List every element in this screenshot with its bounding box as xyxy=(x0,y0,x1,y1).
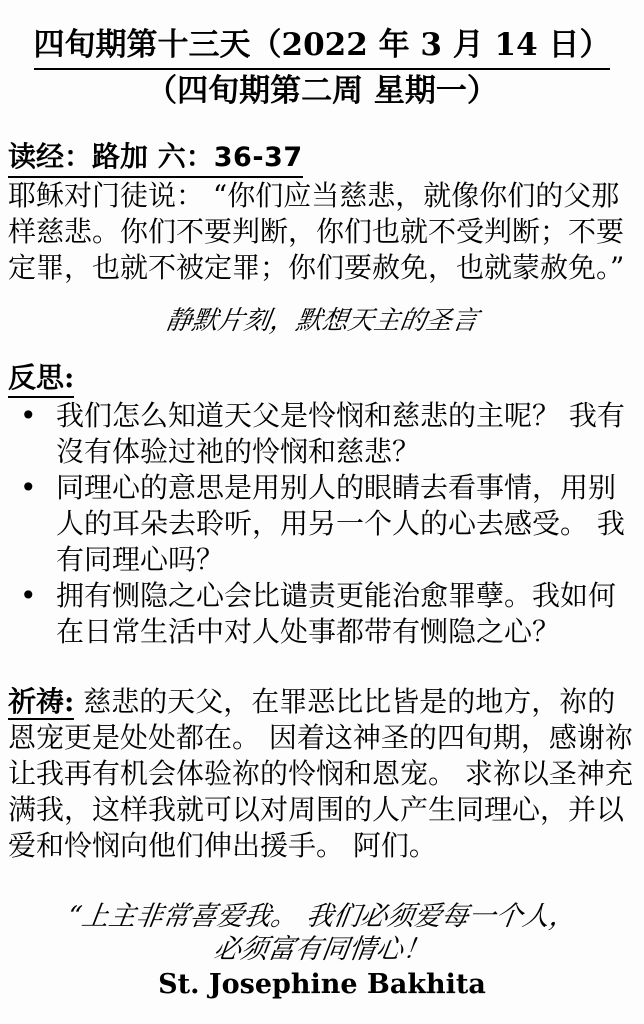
quote-attribution: St. Josephine Bakhita xyxy=(8,969,636,1001)
title-line-2: （四旬期第二周 星期一） xyxy=(8,70,636,113)
meditation-line: 静默片刻，默想天主的圣言 xyxy=(8,304,636,338)
prayer-label: 祈祷: xyxy=(8,685,74,720)
prayer-text: 慈悲的天父，在罪恶比比皆是的地方，祢的恩宠更是处处都在。 因着这神圣的四旬期，感… xyxy=(8,685,633,862)
bullet-icon: • xyxy=(20,398,37,434)
reflection-bullet-list: •我们怎么知道天父是怜悯和慈悲的主呢？ 我有沒有体验过祂的怜悯和慈悲？ •同理心… xyxy=(8,398,636,650)
quote-line-1: “上主非常喜爱我。 我们必须爱每一个人， xyxy=(8,900,636,933)
reflection-bullet-3: •拥有恻隐之心会比谴责更能治愈罪孽。我如何在日常生活中对人处事都带有恻隐之心？ xyxy=(8,578,636,650)
closing-quote: “上主非常喜爱我。 我们必须爱每一个人， 必须富有同情心！ xyxy=(8,900,636,966)
reflection-heading: 反思: xyxy=(8,360,636,398)
reading-heading-verses: 36-37 xyxy=(214,142,303,173)
reflection-bullet-1: •我们怎么知道天父是怜悯和慈悲的主呢？ 我有沒有体验过祂的怜悯和慈悲？ xyxy=(8,398,636,470)
reading-heading: 读经：路加 六：36-37 xyxy=(8,139,636,178)
reading-heading-cn: 读经：路加 六： xyxy=(8,140,214,173)
reflection-bullet-2-text: 同理心的意思是用别人的眼睛去看事情，用别人的耳朵去聆听，用另一个人的心去感受。 … xyxy=(56,471,625,576)
bullet-icon: • xyxy=(20,578,37,614)
bullet-icon: • xyxy=(20,470,37,506)
devotional-page: 四旬期第十三天（2022 年 3 月 14 日） （四旬期第二周 星期一） 读经… xyxy=(0,0,644,1024)
title-line-1: 四旬期第十三天（2022 年 3 月 14 日） xyxy=(8,24,636,70)
reflection-bullet-3-text: 拥有恻隐之心会比谴责更能治愈罪孽。我如何在日常生活中对人处事都带有恻隐之心？ xyxy=(56,579,616,648)
reflection-bullet-2: •同理心的意思是用别人的眼睛去看事情，用别人的耳朵去聆听，用另一个人的心去感受。… xyxy=(8,470,636,578)
scripture-text: 耶稣对门徒说： “你们应当慈悲，就像你们的父那样慈悲。你们不要判断，你们也就不受… xyxy=(8,178,636,286)
quote-line-2: 必须富有同情心！ xyxy=(8,933,636,966)
page-title: 四旬期第十三天（2022 年 3 月 14 日） （四旬期第二周 星期一） xyxy=(8,24,636,113)
reflection-bullet-1-text: 我们怎么知道天父是怜悯和慈悲的主呢？ 我有沒有体验过祂的怜悯和慈悲？ xyxy=(56,399,625,468)
prayer-paragraph: 祈祷: 慈悲的天父，在罪恶比比皆是的地方，祢的恩宠更是处处都在。 因着这神圣的四… xyxy=(8,684,636,864)
